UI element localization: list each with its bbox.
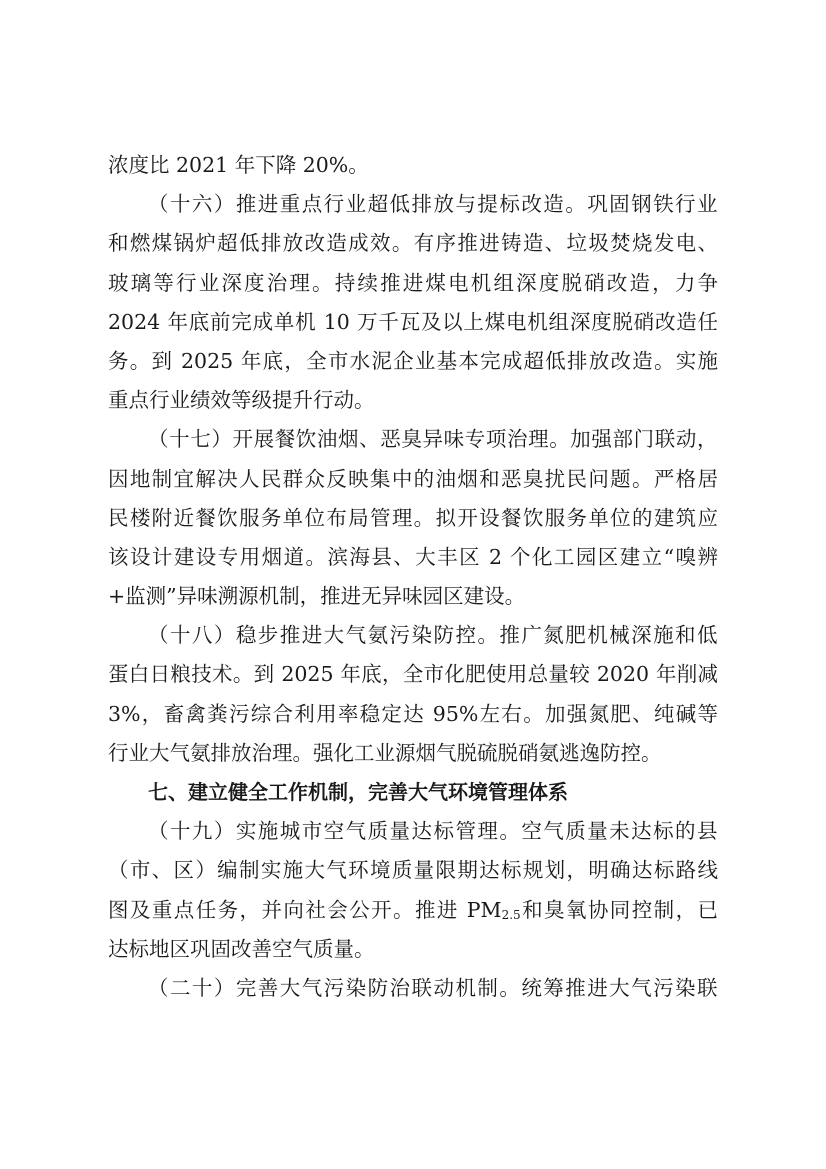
text-line: （十六）推进重点行业超低排放与提标改造。巩固钢铁行业 — [108, 185, 718, 224]
text-line: 玻璃等行业深度治理。持续推进煤电机组深度脱硝改造，力争 — [108, 264, 718, 303]
text-line: 和燃煤锅炉超低排放改造成效。有序推进铸造、垃圾焚烧发电、 — [108, 224, 718, 263]
text-line: 达标地区巩固改善空气质量。 — [108, 930, 718, 969]
text-line: （二十）完善大气污染防治联动机制。统筹推进大气污染联 — [108, 969, 718, 1008]
paragraph-20: （二十）完善大气污染防治联动机制。统筹推进大气污染联 — [108, 969, 718, 1008]
document-page: 浓度比 2021 年下降 20%。 （十六）推进重点行业超低排放与提标改造。巩固… — [108, 146, 718, 1008]
text-line: 行业大气氨排放治理。强化工业源烟气脱硫脱硝氨逃逸防控。 — [108, 734, 718, 773]
text-line: 民楼附近餐饮服务单位布局管理。拟开设餐饮服务单位的建筑应 — [108, 499, 718, 538]
text-line: （十八）稳步推进大气氨污染防控。推广氮肥机械深施和低 — [108, 616, 718, 655]
text-line: （市、区）编制实施大气环境质量限期达标规划，明确达标路线 — [108, 851, 718, 890]
text-line: 该设计建设专用烟道。滨海县、大丰区 2 个化工园区建立“嗅辨 — [108, 538, 718, 577]
text-line: 蛋白日粮技术。到 2025 年底，全市化肥使用总量较 2020 年削减 — [108, 655, 718, 694]
text-line: （十九）实施城市空气质量达标管理。空气质量未达标的县 — [108, 812, 718, 851]
text-line: +监测”异味溯源机制，推进无异味园区建设。 — [108, 577, 718, 616]
text-line: 重点行业绩效等级提升行动。 — [108, 381, 718, 420]
text-line: （十七）开展餐饮油烟、恶臭异味专项治理。加强部门联动， — [108, 420, 718, 459]
paragraph-16: （十六）推进重点行业超低排放与提标改造。巩固钢铁行业 和燃煤锅炉超低排放改造成效… — [108, 185, 718, 420]
paragraph-18: （十八）稳步推进大气氨污染防控。推广氮肥机械深施和低 蛋白日粮技术。到 2025… — [108, 616, 718, 773]
text-line: 3%，畜禽粪污综合利用率稳定达 95%左右。加强氮肥、纯碱等 — [108, 695, 718, 734]
text-line: 因地制宜解决人民群众反映集中的油烟和恶臭扰民问题。严格居 — [108, 460, 718, 499]
paragraph-17: （十七）开展餐饮油烟、恶臭异味专项治理。加强部门联动， 因地制宜解决人民群众反映… — [108, 420, 718, 616]
text-line: 浓度比 2021 年下降 20%。 — [108, 153, 369, 177]
subscript: 2.5 — [502, 908, 521, 922]
paragraph-continuation: 浓度比 2021 年下降 20%。 — [108, 146, 718, 185]
text-line: 务。到 2025 年底，全市水泥企业基本完成超低排放改造。实施 — [108, 342, 718, 381]
paragraph-19: （十九）实施城市空气质量达标管理。空气质量未达标的县 （市、区）编制实施大气环境… — [108, 812, 718, 969]
text-line: 2024 年底前完成单机 10 万千瓦及以上煤电机组深度脱硝改造任 — [108, 303, 718, 342]
text-line: 图及重点任务，并向社会公开。推进 PM2.5和臭氧协同控制，已 — [108, 891, 718, 930]
section-heading: 七、建立健全工作机制，完善大气环境管理体系 — [108, 773, 718, 812]
